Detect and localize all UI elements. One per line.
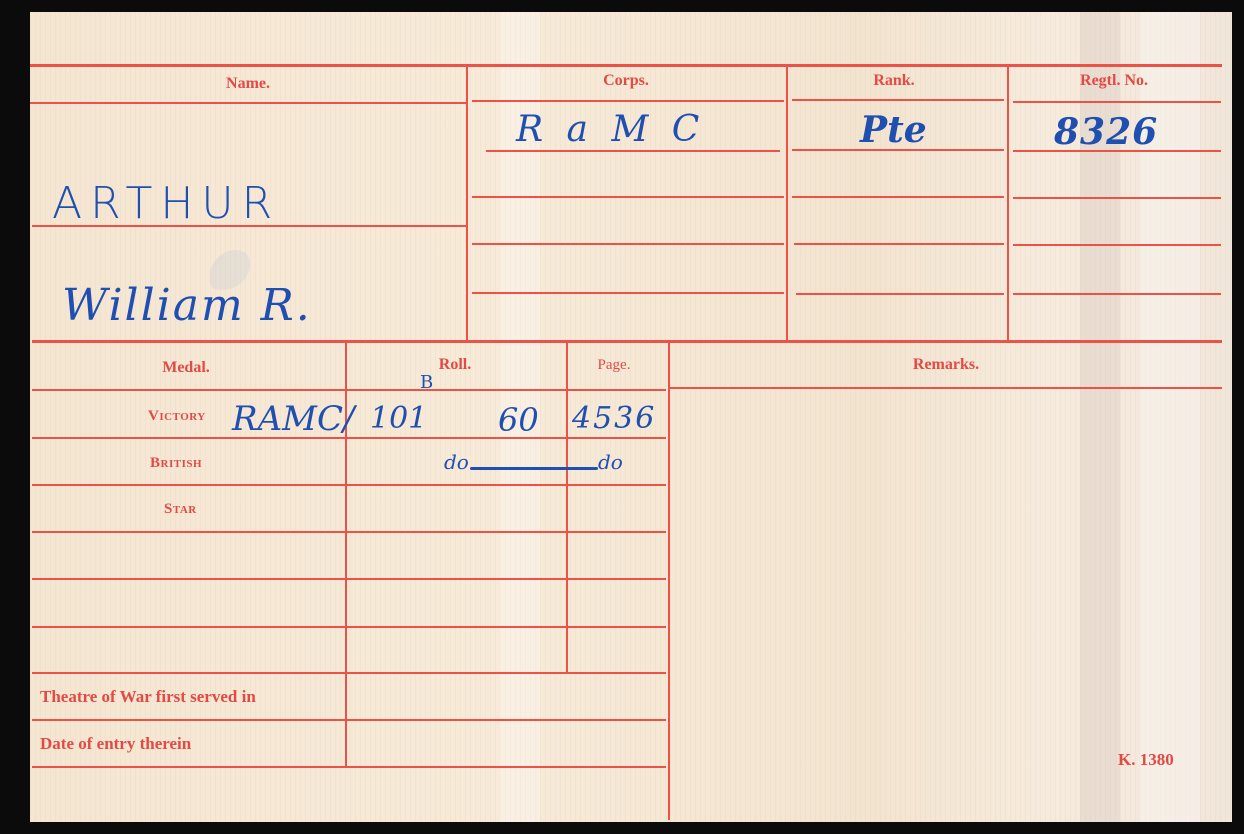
rank-row-rule xyxy=(794,243,1004,245)
rank-entry: Pte xyxy=(860,112,927,148)
remarks-header: Remarks. xyxy=(913,356,979,374)
medal-row-rule xyxy=(32,389,666,391)
victory-roll-number: 101 xyxy=(370,404,427,434)
medal-row-rule xyxy=(32,578,666,580)
corps-entry: R a M C xyxy=(516,112,705,148)
regtl-row-rule xyxy=(1013,197,1221,199)
rank-header: Rank. xyxy=(873,72,914,90)
medal-row-rule xyxy=(32,672,666,674)
corps-rank-divider xyxy=(786,64,788,342)
page-remarks-divider xyxy=(668,342,670,820)
medal-row-rule xyxy=(32,484,666,486)
form-number: K. 1380 xyxy=(1118,750,1174,770)
victory-page-entry: 4536 xyxy=(572,404,656,434)
medal-british-label: British xyxy=(150,455,202,472)
regtl-no-entry: 8326 xyxy=(1054,114,1158,150)
name-header: Name. xyxy=(226,75,270,93)
roll-page-divider xyxy=(566,342,568,672)
regtl-row-rule xyxy=(1013,244,1221,246)
medal-row-rule xyxy=(32,626,666,628)
surname-entry: ARTHUR xyxy=(52,182,280,226)
british-page-ditto: do xyxy=(598,452,623,472)
date-of-entry-label: Date of entry therein xyxy=(40,734,191,754)
medal-star-label: Star xyxy=(164,501,197,518)
regtl-no-header: Regtl. No. xyxy=(1080,72,1148,90)
section-divider-rule xyxy=(32,340,1222,343)
date-row-rule xyxy=(32,766,666,768)
corps-row-rule xyxy=(472,196,784,198)
corps-row-rule xyxy=(486,150,780,152)
medal-victory-label: Victory xyxy=(148,408,206,425)
victory-roll-sheet: 60 xyxy=(498,404,539,436)
name-header-rule xyxy=(30,102,466,104)
regtl-header-rule xyxy=(1013,101,1221,103)
ditto-stroke xyxy=(470,467,598,470)
forenames-entry: William R. xyxy=(62,284,312,328)
corps-header-rule xyxy=(472,100,784,102)
corps-row-rule xyxy=(472,243,784,245)
victory-roll-prefix: RAMC/ xyxy=(232,402,354,436)
theatre-label: Theatre of War first served in xyxy=(40,687,256,707)
top-rule xyxy=(30,64,1222,67)
name-corps-divider xyxy=(466,64,468,342)
rank-header-rule xyxy=(792,99,1004,101)
medal-index-card: Name. Corps. Rank. Regtl. No. ARTHUR Wil… xyxy=(30,12,1232,822)
british-roll-ditto: do xyxy=(444,452,469,472)
faint-watermark-icon xyxy=(202,244,256,298)
corps-header: Corps. xyxy=(603,72,649,90)
rank-row-rule xyxy=(796,293,1004,295)
theatre-row-rule xyxy=(32,719,666,721)
roll-header: Roll. xyxy=(439,356,471,374)
medal-row-rule xyxy=(32,531,666,533)
regtl-row-rule xyxy=(1013,293,1221,295)
corps-row-rule xyxy=(472,292,784,294)
medal-header: Medal. xyxy=(162,359,210,377)
rank-row-rule xyxy=(792,196,1004,198)
victory-roll-superscript: B xyxy=(420,374,433,392)
remarks-header-rule xyxy=(670,387,1222,389)
page-header: Page. xyxy=(598,357,631,374)
rank-regtl-divider xyxy=(1007,64,1009,342)
